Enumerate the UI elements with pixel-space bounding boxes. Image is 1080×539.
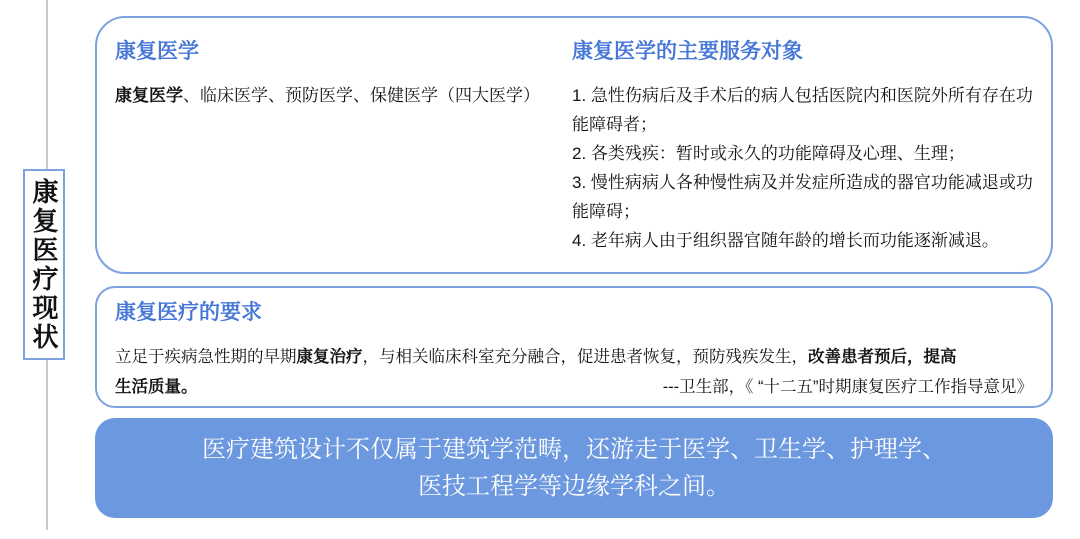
- conclusion-banner: 医疗建筑设计不仅属于建筑学范畴，还游走于医学、卫生学、护理学、 医技工程学等边缘…: [95, 418, 1053, 518]
- service-targets-title: 康复医学的主要服务对象: [572, 38, 1037, 66]
- requirements-text-line2: 生活质量。 ---卫生部，《 “十二五”时期康复医疗工作指导意见》: [115, 372, 1033, 402]
- rehab-medicine-column: 康复医学 康复医学、临床医学、预防医学、保健医学（四大医学）: [115, 38, 560, 272]
- service-target-item-1: 1. 急性伤病后及手术后的病人包括医院内和医院外所有存在功能障碍者；: [572, 81, 1037, 139]
- service-target-item-3: 3. 慢性病病人各种慢性病及并发症所造成的器官功能减退或功能障碍；: [572, 168, 1037, 226]
- four-medicines-rest: 、临床医学、预防医学、保健医学（四大医学）: [183, 86, 540, 105]
- service-target-item-2: 2. 各类残疾：暂时或永久的功能障碍及心理、生理；: [572, 139, 1037, 168]
- section-label: 康复医疗现状: [31, 178, 57, 352]
- service-target-item-4: 4. 老年病人由于组织器官随年龄的增长而功能逐渐减退。: [572, 226, 1037, 255]
- requirements-seg3: ，与相关临床科室充分融合，促进患者恢复，预防残疾发生，: [363, 348, 809, 366]
- rehab-requirements-title: 康复医疗的要求: [115, 299, 1033, 327]
- requirements-seg4-bold: 改善患者预后，提高: [808, 348, 957, 366]
- quote-source: ---卫生部，《 “十二五”时期康复医疗工作指导意见》: [663, 372, 1033, 402]
- section-label-box: 康复医疗现状: [23, 169, 65, 360]
- conclusion-line2: 医技工程学等边缘学科之间。: [418, 468, 730, 505]
- requirements-seg1: 立足于疾病急性期的早期: [115, 348, 297, 366]
- requirements-line2-bold: 生活质量。: [115, 372, 198, 402]
- requirements-text-line1: 立足于疾病急性期的早期康复治疗，与相关临床科室充分融合，促进患者恢复，预防残疾发…: [115, 342, 1033, 372]
- four-medicines-text: 康复医学、临床医学、预防医学、保健医学（四大医学）: [115, 81, 560, 110]
- four-medicines-bold: 康复医学: [115, 86, 183, 105]
- rehab-medicine-title: 康复医学: [115, 38, 560, 66]
- requirements-seg2-bold: 康复治疗: [297, 348, 363, 366]
- rehab-medicine-box: 康复医学 康复医学、临床医学、预防医学、保健医学（四大医学） 康复医学的主要服务…: [95, 16, 1053, 274]
- conclusion-line1: 医疗建筑设计不仅属于建筑学范畴，还游走于医学、卫生学、护理学、: [202, 431, 946, 468]
- service-targets-column: 康复医学的主要服务对象 1. 急性伤病后及手术后的病人包括医院内和医院外所有存在…: [572, 38, 1037, 272]
- rehab-requirements-box: 康复医疗的要求 立足于疾病急性期的早期康复治疗，与相关临床科室充分融合，促进患者…: [95, 286, 1053, 408]
